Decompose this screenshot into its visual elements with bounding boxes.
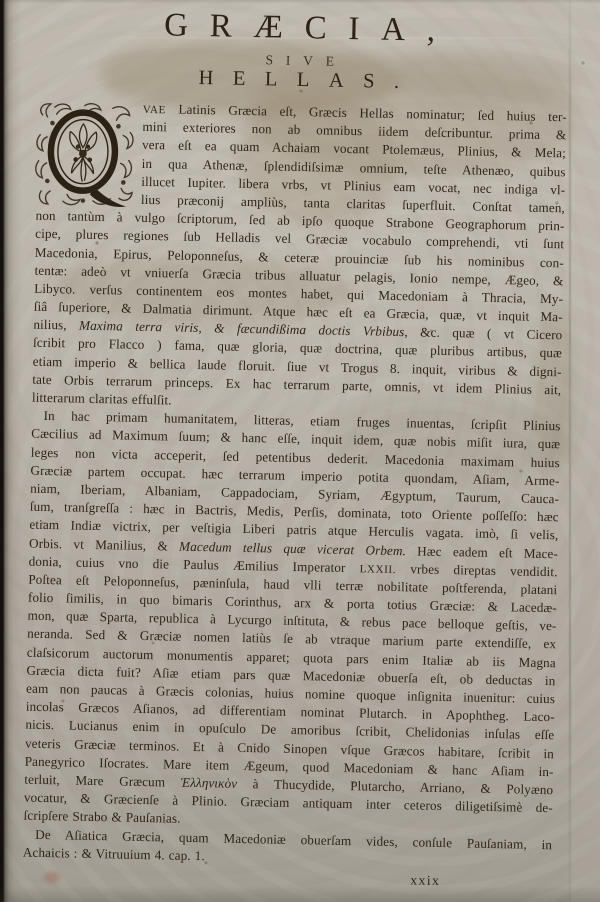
body-text: VAE Latinis Græcia eſt, Græcis Hellas no… — [22, 98, 567, 893]
paragraph: In hac primam humanitatem, litteras, eti… — [23, 407, 560, 836]
page-title: GRÆCIA, — [1, 4, 600, 53]
scanned-book-page: GRÆCIA, SIVE HELLAS. — [0, 0, 600, 902]
paragraphs-container: VAE Latinis Græcia eſt, Græcis Hellas no… — [23, 98, 567, 872]
binding-edge — [0, 0, 22, 902]
woodcut-initial-q — [33, 101, 136, 210]
page-edge-right — [571, 0, 600, 902]
paragraph: VAE Latinis Græcia eſt, Græcis Hellas no… — [32, 98, 567, 418]
page-content: GRÆCIA, SIVE HELLAS. — [0, 0, 600, 902]
